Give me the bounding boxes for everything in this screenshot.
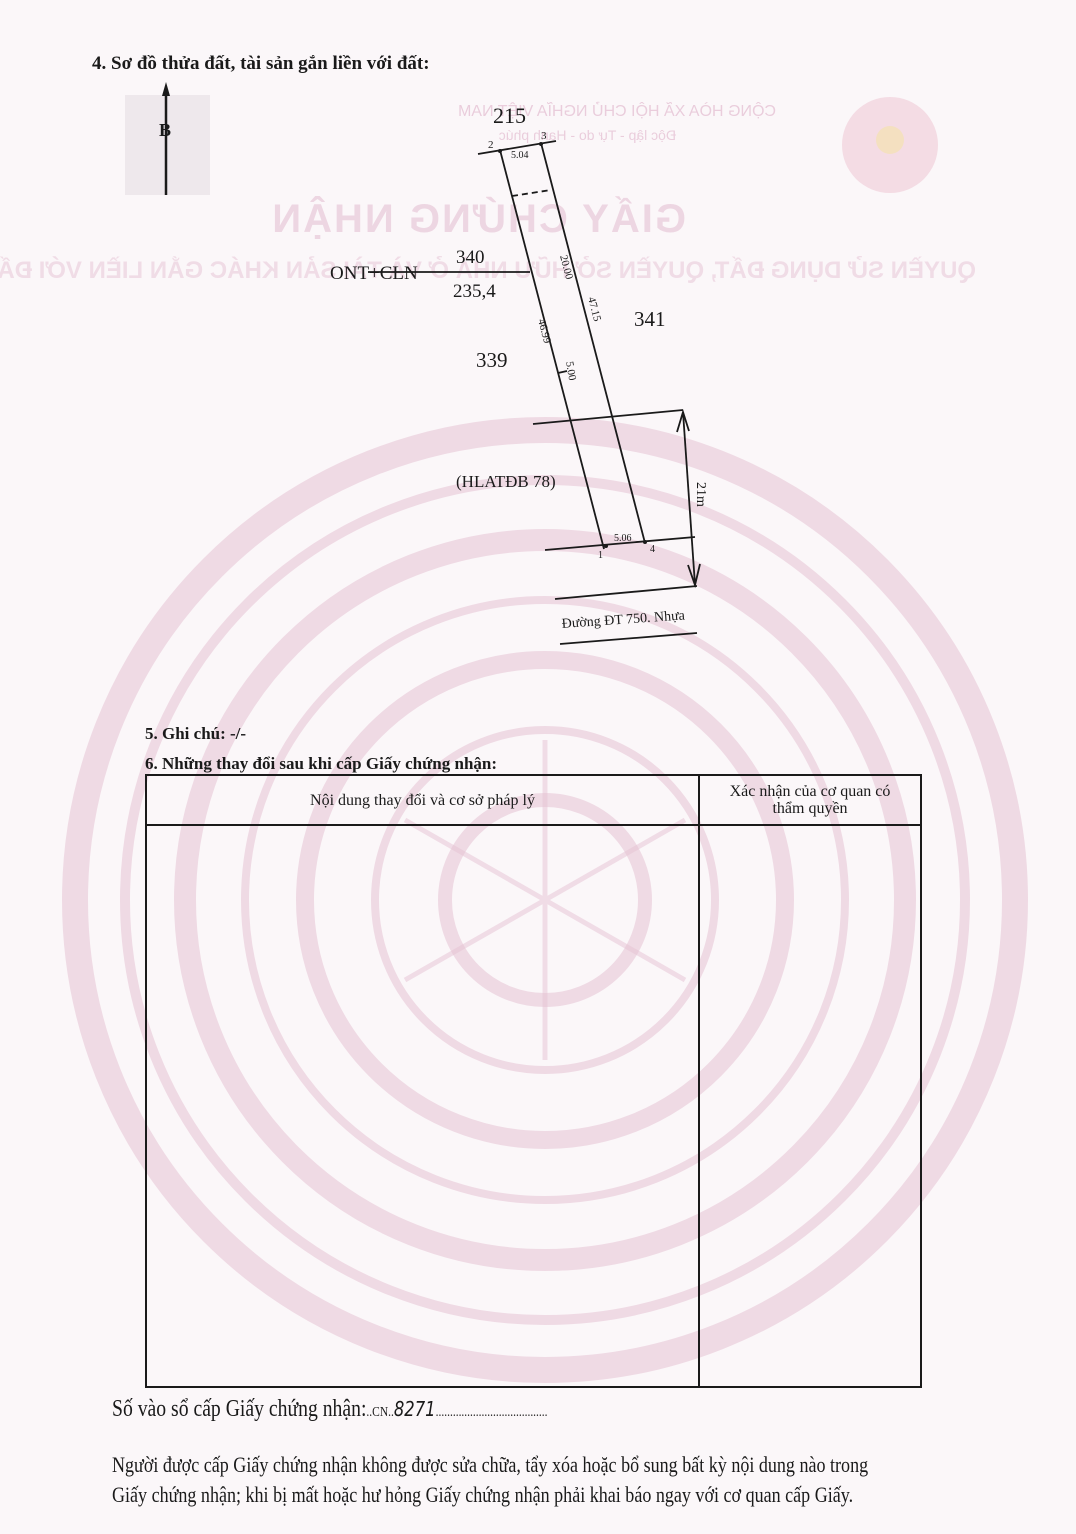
svg-text:46.99: 46.99 [535,318,553,345]
column-header-content: Nội dung thay đổi và cơ sở pháp lý [146,775,699,825]
section-6-title: 6. Những thay đổi sau khi cấp Giấy chứng… [145,754,497,774]
svg-text:21m: 21m [693,482,708,507]
registration-number: 8271 [394,1397,436,1421]
svg-text:341: 341 [634,307,666,331]
section-5-title: 5. Ghi chú: -/- [145,724,246,744]
north-arrow-icon: B [159,82,171,195]
table-row [146,825,921,1387]
svg-text:235,4: 235,4 [453,281,496,302]
registration-label: Số vào sổ cấp Giấy chứng nhận: [112,1396,366,1422]
registration-prefix: CN [372,1405,388,1420]
svg-text:1: 1 [598,550,603,561]
svg-text:215: 215 [493,103,526,128]
svg-text:339: 339 [476,348,508,372]
content-cell [146,825,699,1387]
notice-line-1: Người được cấp Giấy chứng nhận không đượ… [112,1452,868,1478]
svg-text:4: 4 [650,544,655,555]
svg-text:47.15: 47.15 [585,296,603,323]
svg-text:340: 340 [456,247,485,268]
svg-text:3: 3 [541,130,547,142]
confirmation-cell [699,825,921,1387]
table-header-row: Nội dung thay đổi và cơ sở pháp lý Xác n… [146,775,921,825]
notice-line-2: Giấy chứng nhận; khi bị mất hoặc hư hỏng… [112,1482,853,1508]
svg-text:5.04: 5.04 [511,150,529,161]
svg-text:(HLATĐB 78): (HLATĐB 78) [456,472,556,491]
svg-text:Đường ĐT 750. Nhựa: Đường ĐT 750. Nhựa [561,608,686,632]
svg-text:2: 2 [488,139,494,151]
column-header-confirmation: Xác nhận của cơ quan có thẩm quyền [699,775,921,825]
svg-text:ONT+CLN: ONT+CLN [330,263,418,284]
svg-text:5.00: 5.00 [563,360,578,382]
svg-text:5.06: 5.06 [614,533,632,544]
registration-line: Số vào sổ cấp Giấy chứng nhận:..CN..8271… [112,1396,548,1423]
svg-text:20.00: 20.00 [557,254,575,281]
svg-text:B: B [159,120,171,140]
changes-table: Nội dung thay đổi và cơ sở pháp lý Xác n… [145,774,922,1388]
